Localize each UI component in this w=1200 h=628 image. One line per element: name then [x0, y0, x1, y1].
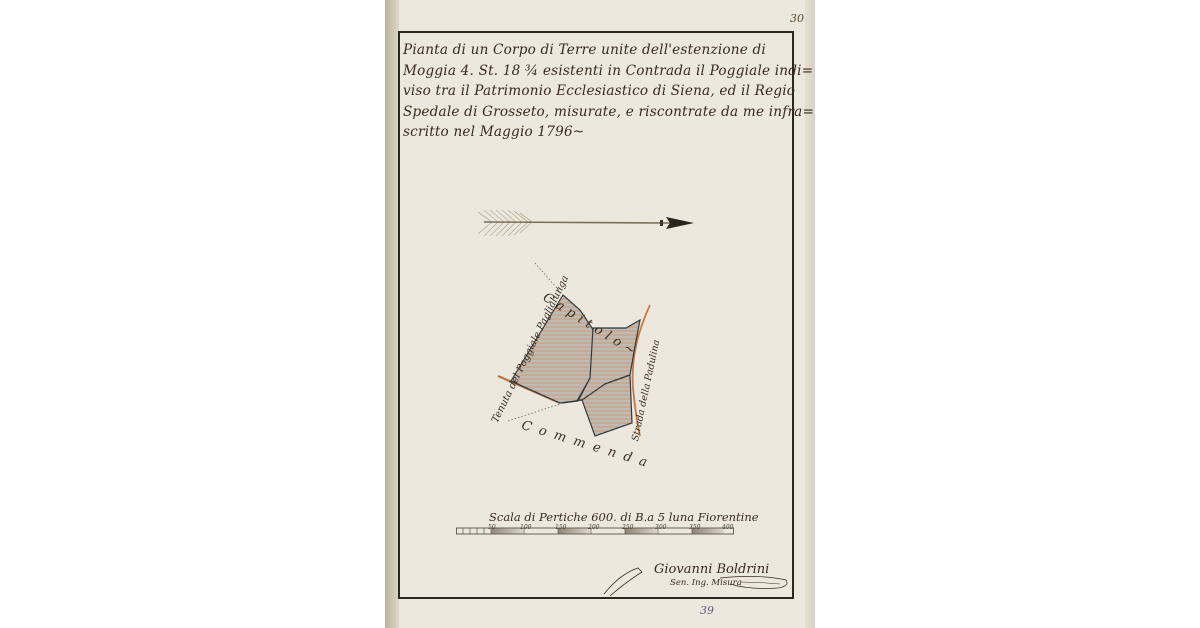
page-number: 39 [700, 604, 714, 617]
scale-bar [456, 527, 746, 537]
title-line: Pianta di un Corpo di Terre unite dell'e… [403, 40, 793, 61]
scale-tick: 400 [722, 524, 733, 531]
title-line: viso tra il Patrimonio Ecclesiastico di … [403, 81, 793, 102]
scale-tick: 50 [488, 524, 496, 531]
title-line: Moggia 4. St. 18 ¾ esistenti in Contrada… [403, 61, 793, 82]
map-title: Pianta di un Corpo di Terre unite dell'e… [403, 40, 793, 143]
folio-number: 30 [790, 12, 804, 25]
scale-tick: 250 [622, 524, 633, 531]
page-edge [805, 0, 815, 628]
scale-tick: 350 [689, 524, 700, 531]
title-line: scritto nel Maggio 1796~ [403, 122, 793, 143]
scale-tick: 200 [588, 524, 599, 531]
scale-tick: 100 [520, 524, 531, 531]
scale-tick: 300 [655, 524, 666, 531]
signature-name: Giovanni Boldrini [654, 562, 769, 577]
title-line: Spedale di Grosseto, misurate, e riscont… [403, 102, 793, 123]
scale-title: Scala di Pertiche 600. di B.a 5 luna Fio… [489, 510, 759, 524]
signature-role: Sen. Ing. Misura [670, 578, 742, 588]
page-binding [385, 0, 399, 628]
scale-tick: 150 [555, 524, 566, 531]
